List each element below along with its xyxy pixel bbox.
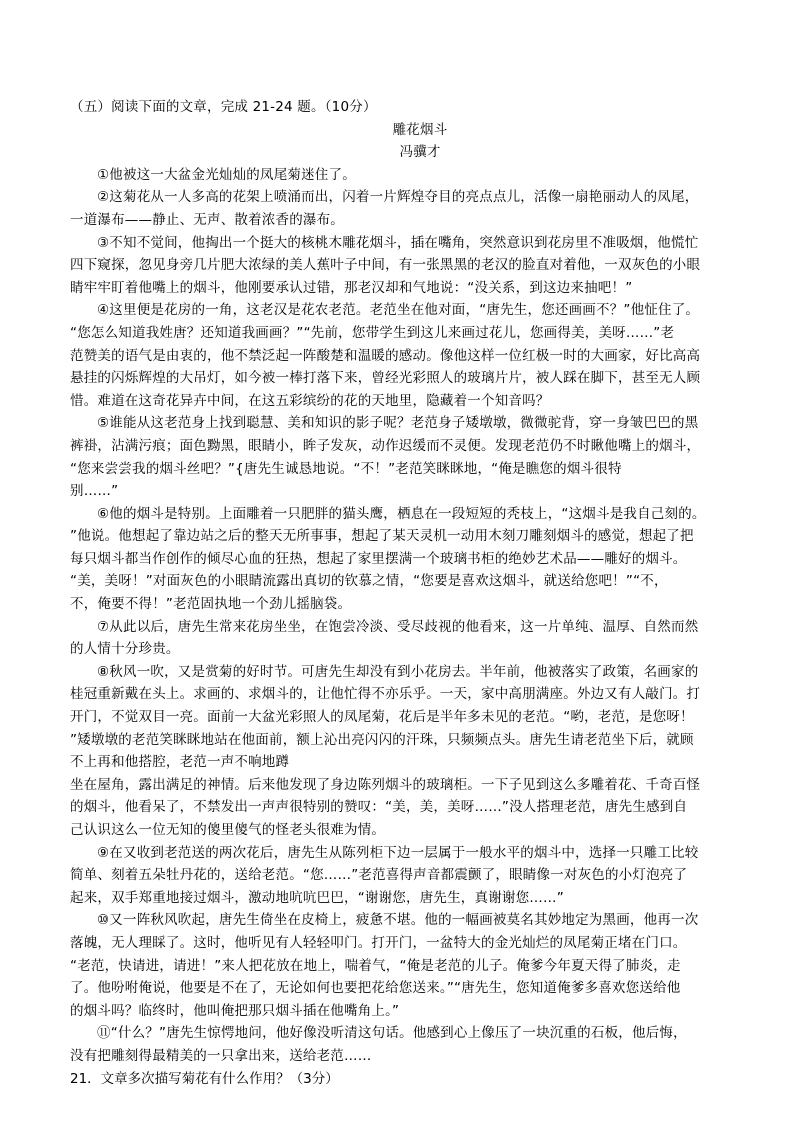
article-line: 别……”	[70, 480, 730, 503]
document-page: （五）阅读下面的文章，完成 21-24 题。（10分） 雕花烟斗 冯骥才 ①他被…	[70, 96, 730, 1090]
article-line: ⑩又一阵秋风吹起，唐先生倚坐在皮椅上，疲惫不堪。他的一幅画被莫名其妙地定为黑画，…	[70, 909, 730, 932]
article-line: 了。他吩咐俺说，他要是不在了，无论如何也要把花给您送来。”“唐先生，您知道俺爹多…	[70, 977, 730, 1000]
article-line: “您怎么知道我姓唐？还知道我画画？”“先前，您带学生到这儿来画过花儿，您画得美，…	[70, 322, 730, 345]
article-line: 范赞美的语气是由衷的，他不禁泛起一阵酸楚和温暖的感动。像他这样一位红极一时的大画…	[70, 345, 730, 368]
article-line: 的人情十分珍贵。	[70, 638, 730, 661]
article-line: 裤褂，沾满污痕；面色黝黑，眼睛小，眸子发灰，动作迟缓而不灵便。发现老范仍不时瞅他…	[70, 435, 730, 458]
article-line: ⑧秋风一吹，又是赏菊的好时节。可唐先生却没有到小花房去。半年前，他被落实了政策，…	[70, 661, 730, 684]
article-line: ⑪“什么？”唐先生惊愕地问，他好像没听清这句话。他感到心上像压了一块沉重的石板，…	[70, 1022, 730, 1045]
article-line: 没有把雕刻得最精美的一只拿出来，送给老范……	[70, 1045, 730, 1068]
article-line: ⑨在又收到老范送的两次花后，唐先生从陈列柜下边一层属于一般水平的烟斗中，选择一只…	[70, 842, 730, 865]
article-line: 简单、刻着五朵牡丹花的，送给老范。“您……”老范喜得声音都震颤了，眼睛像一对灰色…	[70, 864, 730, 887]
article-line: ”矮墩墩的老范笑眯眯地站在他面前，额上沁出亮闪闪的汗珠，只频频点头。唐先生请老范…	[70, 729, 730, 752]
article-line: ①他被这一大盆金光灿灿的凤尾菊迷住了。	[70, 164, 730, 187]
article-line: ⑤谁能从这老范身上找到聪慧、美和知识的影子呢？老范身子矮墩墩，微微驼背，穿一身皱…	[70, 412, 730, 435]
article-line: ④这里便是花房的一角，这老汉是花农老范。老范坐在他对面，“唐先生，您还画画不？”…	[70, 299, 730, 322]
article-line: 睛牢牢盯着他嘴上的烟斗，他刚要承认过错，那老汉却和气地说：“没关系，到这边来抽吧…	[70, 277, 730, 300]
article-line: ③不知不觉间，他掏出一个挺大的核桃木雕花烟斗，插在嘴角，突然意识到花房里不准吸烟…	[70, 232, 730, 255]
article-line: ⑦从此以后，唐先生常来花房坐坐，在饱尝冷淡、受尽歧视的他看来，这一片单纯、温厚、…	[70, 616, 730, 639]
article-line: “老范，快请进，请进！”来人把花放在地上，喘着气，“俺是老范的儿子。俺爹今年夏天…	[70, 955, 730, 978]
article-line: 坐在屋角，露出满足的神情。后来他发现了身边陈列烟斗的玻璃柜。一下子见到这么多雕着…	[70, 774, 730, 797]
article-author: 冯骥才	[70, 141, 730, 164]
article-line: 一道瀑布——静止、无声、散着浓香的瀑布。	[70, 209, 730, 232]
article-line: 的烟斗，他看呆了，不禁发出一声声很特别的赞叹：“美，美，美呀……”没人搭理老范，…	[70, 796, 730, 819]
article-line: 己认识这么一位无知的傻里傻气的怪老头很难为情。	[70, 819, 730, 842]
article-line: “您来尝尝我的烟斗丝吧？”{唐先生诚恳地说。“不！”老范笑眯眯地，“俺是瞧您的烟…	[70, 458, 730, 481]
article-line: 桂冠重新戴在头上。求画的、求烟斗的，让他忙得不亦乐乎。一天，家中高朋满座。外边又…	[70, 683, 730, 706]
question-item: 21．文章多次描写菊花有什么作用？（3分）	[70, 1068, 730, 1091]
article-line: ②这菊花从一人多高的花架上喷涌而出，闪着一片辉煌夺目的亮点点儿，活像一扇艳丽动人…	[70, 186, 730, 209]
article-line: 不，俺要不得！”老范固执地一个劲儿摇脑袋。	[70, 593, 730, 616]
article-line: “美，美呀！”对面灰色的小眼睛流露出真切的钦慕之情，“您要是喜欢这烟斗，就送给您…	[70, 570, 730, 593]
article-line: 每只烟斗都当作创作的倾尽心血的狂热，想起了家里摆满一个玻璃书柜的绝妙艺术品——雕…	[70, 548, 730, 571]
article-line: 不上再和他搭腔，老范一声不响地蹲	[70, 751, 730, 774]
article-line: 落魄，无人理睬了。这时，他听见有人轻轻叩门。打开门，一盆特大的金光灿烂的凤尾菊正…	[70, 932, 730, 955]
article-line: 四下窥探，忽见身旁几片肥大浓绿的美人蕉叶子中间，有一张黑黑的老汉的脸直对着他，一…	[70, 254, 730, 277]
article-line: 起来，双手郑重地接过烟斗，激动地吭吭巴巴，“谢谢您，唐先生，真谢谢您……”	[70, 887, 730, 910]
questions-list: 21．文章多次描写菊花有什么作用？（3分）	[70, 1068, 730, 1091]
article-line: ”他说。他想起了靠边站之后的整天无所事事，想起了某天灵机一动用木刻刀雕刻烟斗的感…	[70, 525, 730, 548]
article-line: 悬挂的闪烁辉煌的大吊灯，如今被一棒打落下来，曾经光彩照人的玻璃片片，被人踩在脚下…	[70, 367, 730, 390]
article-body: ①他被这一大盆金光灿灿的凤尾菊迷住了。②这菊花从一人多高的花架上喷涌而出，闪着一…	[70, 164, 730, 1068]
article-line: 的烟斗吗？临终时，他叫俺把那只烟斗插在他嘴角上。”	[70, 1000, 730, 1023]
article-line: 惜。难道在这奇花异卉中间，在这五彩缤纷的花的天地里，隐藏着一个知音吗？	[70, 390, 730, 413]
section-heading: （五）阅读下面的文章，完成 21-24 题。（10分）	[70, 96, 730, 119]
article-title: 雕花烟斗	[70, 119, 730, 142]
article-line: ⑥他的烟斗是特别。上面雕着一只肥胖的猫头鹰，栖息在一段短短的秃枝上，“这烟斗是我…	[70, 503, 730, 526]
article-line: 开门，不觉双目一亮。面前一大盆光彩照人的凤尾菊，花后是半年多未见的老范。“哟，老…	[70, 706, 730, 729]
